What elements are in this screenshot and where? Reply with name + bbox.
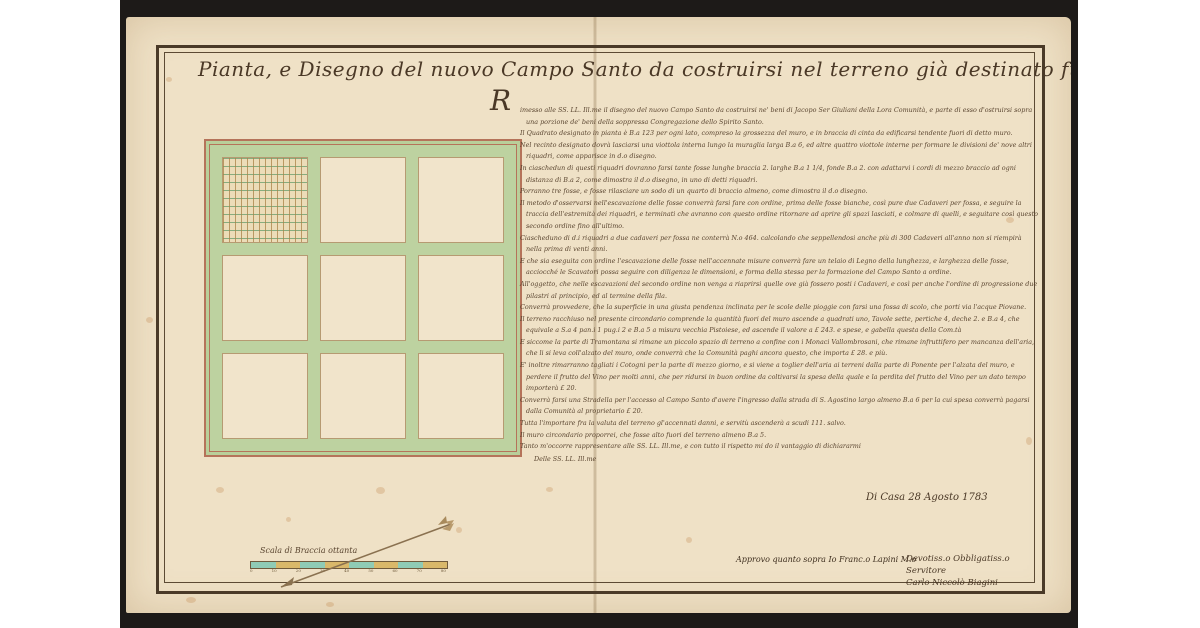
compass-arrow-icon	[126, 17, 1071, 613]
manuscript-sheet: Pianta, e Disegno del nuovo Campo Santo …	[126, 17, 1071, 613]
